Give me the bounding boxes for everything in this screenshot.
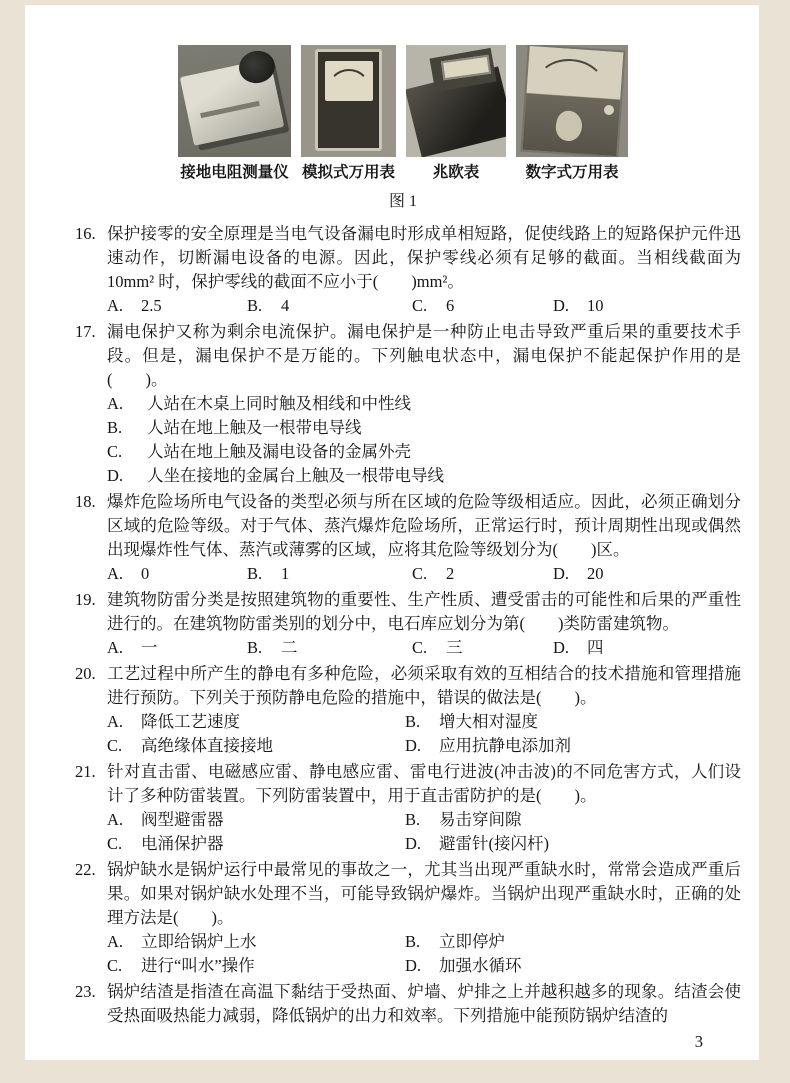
option-text: 三	[446, 638, 463, 657]
option-label: A.	[107, 294, 141, 318]
option-label: D.	[405, 954, 439, 978]
photo-megohmmeter: 兆欧表	[406, 45, 506, 184]
option-B: B.1	[247, 562, 412, 586]
question-stem: 建筑物防雷分类是按照建筑物的重要性、生产性质、遭受雷击的可能性和后果的严重性进行…	[107, 588, 741, 636]
option-label: A.	[107, 808, 141, 832]
option-D: D.避雷针(接闪杆)	[405, 832, 741, 856]
option-B: B.二	[247, 636, 412, 660]
option-A: A.2.5	[107, 294, 247, 318]
question-number: 17.	[75, 320, 107, 488]
question-stem: 工艺过程中所产生的静电有多种危险，必须采取有效的互相结合的技术措施和管理措施进行…	[107, 662, 741, 710]
option-label: B.	[405, 710, 439, 734]
option-text: 进行“叫水”操作	[141, 956, 255, 975]
option-D: D.10	[553, 294, 741, 318]
photo-ground-resistance-tester: 接地电阻测量仪	[178, 45, 291, 184]
option-text: 电涌保护器	[141, 834, 224, 853]
option-text: 人站在地上触及一根带电导线	[147, 418, 362, 437]
question-number: 21.	[75, 760, 107, 856]
photo-caption: 数字式万用表	[516, 162, 628, 184]
question-23: 23.锅炉结渣是指渣在高温下黏结于受热面、炉墙、炉排之上并越积越多的现象。结渣会…	[75, 980, 741, 1028]
option-B: B.增大相对湿度	[405, 710, 741, 734]
option-text: 增大相对湿度	[439, 712, 538, 731]
page-number: 3	[75, 1030, 741, 1054]
option-D: D.20	[553, 562, 741, 586]
option-text: 6	[446, 296, 454, 315]
option-text: 阀型避雷器	[141, 810, 224, 829]
option-row: A.阀型避雷器B.易击穿间隙C.电涌保护器D.避雷针(接闪杆)	[107, 808, 741, 856]
instrument-photo-row: 接地电阻测量仪 模拟式万用表 兆欧表 数字式万用表	[178, 45, 628, 184]
option-C: C.高绝缘体直接接地	[107, 734, 405, 758]
question-17: 17.漏电保护又称为剩余电流保护。漏电保护是一种防止电击导致严重后果的重要技术手…	[75, 320, 741, 488]
option-label: A.	[107, 636, 141, 660]
option-label: B.	[247, 562, 281, 586]
option-label: D.	[107, 464, 147, 488]
option-B: B.易击穿间隙	[405, 808, 741, 832]
photo-caption: 接地电阻测量仪	[178, 162, 291, 184]
option-label: A.	[107, 710, 141, 734]
option-text: 1	[281, 564, 289, 583]
option-C: C.2	[412, 562, 553, 586]
question-19: 19.建筑物防雷分类是按照建筑物的重要性、生产性质、遭受雷击的可能性和后果的严重…	[75, 588, 741, 660]
option-text: 高绝缘体直接接地	[141, 736, 273, 755]
option-label: B.	[107, 416, 147, 440]
option-label: C.	[107, 440, 147, 464]
question-number: 16.	[75, 222, 107, 318]
question-stem: 漏电保护又称为剩余电流保护。漏电保护是一种防止电击导致严重后果的重要技术手段。但…	[107, 320, 741, 392]
option-label: B.	[247, 636, 281, 660]
option-B: B.4	[247, 294, 412, 318]
option-A: A.一	[107, 636, 247, 660]
option-B: B.立即停炉	[405, 930, 741, 954]
option-C: C.三	[412, 636, 553, 660]
option-row: A.人站在木桌上同时触及相线和中性线B.人站在地上触及一根带电导线C.人站在地上…	[107, 392, 741, 488]
option-text: 2.5	[141, 296, 162, 315]
option-C: C.电涌保护器	[107, 832, 405, 856]
question-18: 18.爆炸危险场所电气设备的类型必须与所在区域的危险等级相适应。因此，必须正确划…	[75, 490, 741, 586]
option-text: 立即给锅炉上水	[141, 932, 257, 951]
question-number: 18.	[75, 490, 107, 586]
option-text: 人坐在接地的金属台上触及一根带电导线	[147, 466, 444, 485]
question-stem: 锅炉结渣是指渣在高温下黏结于受热面、炉墙、炉排之上并越积越多的现象。结渣会使受热…	[107, 980, 741, 1028]
digital-multimeter-image	[516, 45, 628, 157]
option-C: C.人站在地上触及漏电设备的金属外壳	[107, 440, 741, 464]
option-C: C.6	[412, 294, 553, 318]
question-21: 21.针对直击雷、电磁感应雷、静电感应雷、雷电行进波(冲击波)的不同危害方式，人…	[75, 760, 741, 856]
option-label: A.	[107, 392, 147, 416]
option-text: 易击穿间隙	[439, 810, 522, 829]
option-text: 人站在木桌上同时触及相线和中性线	[147, 394, 411, 413]
option-text: 一	[141, 638, 158, 657]
option-label: C.	[412, 562, 446, 586]
option-text: 避雷针(接闪杆)	[439, 834, 549, 853]
figure-caption: 图 1	[178, 191, 628, 213]
question-list: 16.保护接零的安全原理是当电气设备漏电时形成单相短路，促使线路上的短路保护元件…	[75, 222, 741, 1028]
option-text: 四	[587, 638, 604, 657]
option-label: D.	[405, 734, 439, 758]
photo-caption: 模拟式万用表	[301, 162, 396, 184]
option-row: A.一B.二C.三D.四	[107, 636, 741, 660]
option-label: C.	[412, 636, 446, 660]
question-number: 20.	[75, 662, 107, 758]
option-A: A.人站在木桌上同时触及相线和中性线	[107, 392, 741, 416]
option-label: C.	[412, 294, 446, 318]
option-text: 4	[281, 296, 289, 315]
option-B: B.人站在地上触及一根带电导线	[107, 416, 741, 440]
option-label: D.	[553, 562, 587, 586]
option-text: 二	[281, 638, 298, 657]
option-label: D.	[405, 832, 439, 856]
question-20: 20.工艺过程中所产生的静电有多种危险，必须采取有效的互相结合的技术措施和管理措…	[75, 662, 741, 758]
question-number: 22.	[75, 858, 107, 978]
analog-multimeter-image	[301, 45, 396, 157]
photo-caption: 兆欧表	[406, 162, 506, 184]
option-text: 20	[587, 564, 604, 583]
option-text: 0	[141, 564, 149, 583]
option-text: 立即停炉	[439, 932, 505, 951]
megohmmeter-image	[406, 45, 506, 157]
option-label: B.	[405, 930, 439, 954]
option-label: B.	[405, 808, 439, 832]
option-row: A.2.5B.4C.6D.10	[107, 294, 741, 318]
option-D: D.四	[553, 636, 741, 660]
option-text: 2	[446, 564, 454, 583]
option-C: C.进行“叫水”操作	[107, 954, 405, 978]
option-A: A.立即给锅炉上水	[107, 930, 405, 954]
photo-analog-multimeter: 模拟式万用表	[301, 45, 396, 184]
option-D: D.加强水循环	[405, 954, 741, 978]
option-D: D.人坐在接地的金属台上触及一根带电导线	[107, 464, 741, 488]
option-A: A.阀型避雷器	[107, 808, 405, 832]
option-A: A.0	[107, 562, 247, 586]
figure-1: 接地电阻测量仪 模拟式万用表 兆欧表 数字式万用表 图 1	[178, 45, 628, 213]
option-text: 降低工艺速度	[141, 712, 240, 731]
question-22: 22.锅炉缺水是锅炉运行中最常见的事故之一，尤其当出现严重缺水时，常常会造成严重…	[75, 858, 741, 978]
option-text: 10	[587, 296, 604, 315]
question-stem: 保护接零的安全原理是当电气设备漏电时形成单相短路，促使线路上的短路保护元件迅速动…	[107, 222, 741, 294]
option-text: 加强水循环	[439, 956, 522, 975]
question-number: 23.	[75, 980, 107, 1028]
photo-digital-multimeter: 数字式万用表	[516, 45, 628, 184]
option-row: A.0B.1C.2D.20	[107, 562, 741, 586]
option-label: A.	[107, 562, 141, 586]
option-label: C.	[107, 954, 141, 978]
question-stem: 爆炸危险场所电气设备的类型必须与所在区域的危险等级相适应。因此，必须正确划分区域…	[107, 490, 741, 562]
option-text: 应用抗静电添加剂	[439, 736, 571, 755]
option-label: D.	[553, 294, 587, 318]
question-stem: 锅炉缺水是锅炉运行中最常见的事故之一，尤其当出现严重缺水时，常常会造成严重后果。…	[107, 858, 741, 930]
option-label: A.	[107, 930, 141, 954]
option-row: A.立即给锅炉上水B.立即停炉C.进行“叫水”操作D.加强水循环	[107, 930, 741, 978]
question-number: 19.	[75, 588, 107, 660]
question-16: 16.保护接零的安全原理是当电气设备漏电时形成单相短路，促使线路上的短路保护元件…	[75, 222, 741, 318]
option-label: C.	[107, 832, 141, 856]
option-label: D.	[553, 636, 587, 660]
scanned-exam-page: 接地电阻测量仪 模拟式万用表 兆欧表 数字式万用表 图 1 16.保护接零的安全…	[25, 5, 759, 1060]
option-label: C.	[107, 734, 141, 758]
option-row: A.降低工艺速度B.增大相对湿度C.高绝缘体直接接地D.应用抗静电添加剂	[107, 710, 741, 758]
option-text: 人站在地上触及漏电设备的金属外壳	[147, 442, 411, 461]
option-D: D.应用抗静电添加剂	[405, 734, 741, 758]
ground-resistance-tester-image	[178, 45, 291, 157]
option-A: A.降低工艺速度	[107, 710, 405, 734]
option-label: B.	[247, 294, 281, 318]
question-stem: 针对直击雷、电磁感应雷、静电感应雷、雷电行进波(冲击波)的不同危害方式，人们设计…	[107, 760, 741, 808]
